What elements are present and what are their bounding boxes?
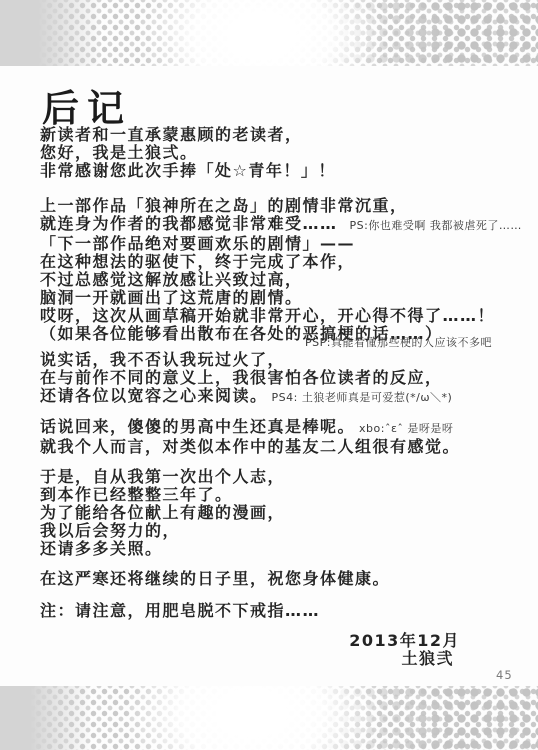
paragraph-three-years: 于是，自从我第一次出个人志， 到本作已经整整三年了。 为了能给各位献上有趣的漫画…: [40, 468, 530, 558]
text-line: 我以后会努力的，: [40, 522, 530, 540]
page-title: 后记: [42, 78, 132, 132]
afterword-page: 后记 新读者和一直承蒙惠顾的老读者， 您好，我是土狼弍。 非常感谢您此次手捧「处…: [0, 0, 538, 750]
text-line: 到本作已经整整三年了。: [40, 486, 530, 504]
text-line: 脑洞一开就画出了这荒唐的剧情。: [40, 289, 530, 307]
halftone-highlight-wash: [0, 0, 538, 66]
text-line: 哎呀，这次从画草稿开始就非常开心，开心得不得了……！: [40, 307, 530, 325]
text-line: 就我个人而言，对类似本作中的基友二人组很有感觉。: [40, 438, 530, 456]
text-line: 为了能给各位献上有趣的漫画，: [40, 504, 530, 522]
text-line: 还请各位以宽容之心来阅读。PS4: 土狼老师真是可爱惹(*/ω＼*): [40, 387, 530, 407]
text-line: 在与前作不同的意义上，我很害怕各位读者的反应，: [40, 369, 530, 387]
text-line: 「下一部作品绝对要画欢乐的剧情」——: [40, 235, 530, 253]
halftone-top-band: [0, 0, 538, 66]
signature-name: 土狼弐: [349, 650, 454, 668]
text-line-main: 还请各位以宽容之心来阅读。: [40, 386, 268, 405]
halftone-highlight-wash: [0, 686, 538, 750]
text-line: 您好，我是土狼弍。: [40, 144, 530, 162]
signature-block: 2013年12月 土狼弐: [349, 632, 460, 668]
text-line: 在这种想法的驱使下，终于完成了本作，: [40, 253, 530, 271]
text-line: 于是，自从我第一次出个人志，: [40, 468, 530, 486]
handwritten-note-ps: PS:你也难受啊 我都被虐死了……: [350, 219, 522, 232]
page-number: 45: [496, 668, 513, 682]
handwritten-note-xbo: xbo:ˆεˆ 是呀是呀: [359, 422, 453, 435]
paragraph-apology: 说实话，我不否认我玩过火了， 在与前作不同的意义上，我很害怕各位读者的反应， 还…: [40, 351, 530, 407]
text-line: 在这严寒还将继续的日子里，祝您身体健康。: [40, 570, 530, 588]
text-line: 注：请注意，用肥皂脱不下戒指……: [40, 602, 530, 620]
halftone-bottom-band: [0, 686, 538, 750]
paragraph-footnote: 注：请注意，用肥皂脱不下戒指……: [40, 602, 530, 620]
paragraph-previous-work: 上一部作品「狼神所在之岛」的剧情非常沉重， 就连身为作者的我都感觉非常难受……P…: [40, 197, 530, 343]
handwritten-note-psp: PSP:真能看懂那些梗的人应该不多吧: [305, 334, 492, 350]
text-line: 不过总感觉这解放感让兴致过高，: [40, 271, 530, 289]
text-line-main: 话说回来，傻傻的男高中生还真是棒呢。: [40, 417, 355, 436]
handwritten-note-ps4: PS4: 土狼老师真是可爱惹(*/ω＼*): [272, 391, 453, 404]
text-line: 非常感谢您此次手捧「处☆青年！」！: [40, 162, 530, 180]
text-line: 新读者和一直承蒙惠顾的老读者，: [40, 126, 530, 144]
text-line: 说实话，我不否认我玩过火了，: [40, 351, 530, 369]
text-line-main: 就连身为作者的我都感觉非常难受……: [40, 214, 338, 233]
text-line: 就连身为作者的我都感觉非常难受……PS:你也难受啊 我都被虐死了……: [40, 215, 530, 235]
signature-date: 2013年12月: [349, 632, 460, 650]
paragraph-well-wishes: 在这严寒还将继续的日子里，祝您身体健康。: [40, 570, 530, 588]
text-line: 话说回来，傻傻的男高中生还真是棒呢。xbo:ˆεˆ 是呀是呀: [40, 418, 530, 438]
text-line: 还请多多关照。: [40, 540, 530, 558]
paragraph-highschoolers: 话说回来，傻傻的男高中生还真是棒呢。xbo:ˆεˆ 是呀是呀 就我个人而言，对类…: [40, 418, 530, 456]
text-line: 上一部作品「狼神所在之岛」的剧情非常沉重，: [40, 197, 530, 215]
paragraph-greeting: 新读者和一直承蒙惠顾的老读者， 您好，我是土狼弍。 非常感谢您此次手捧「处☆青年…: [40, 126, 530, 180]
